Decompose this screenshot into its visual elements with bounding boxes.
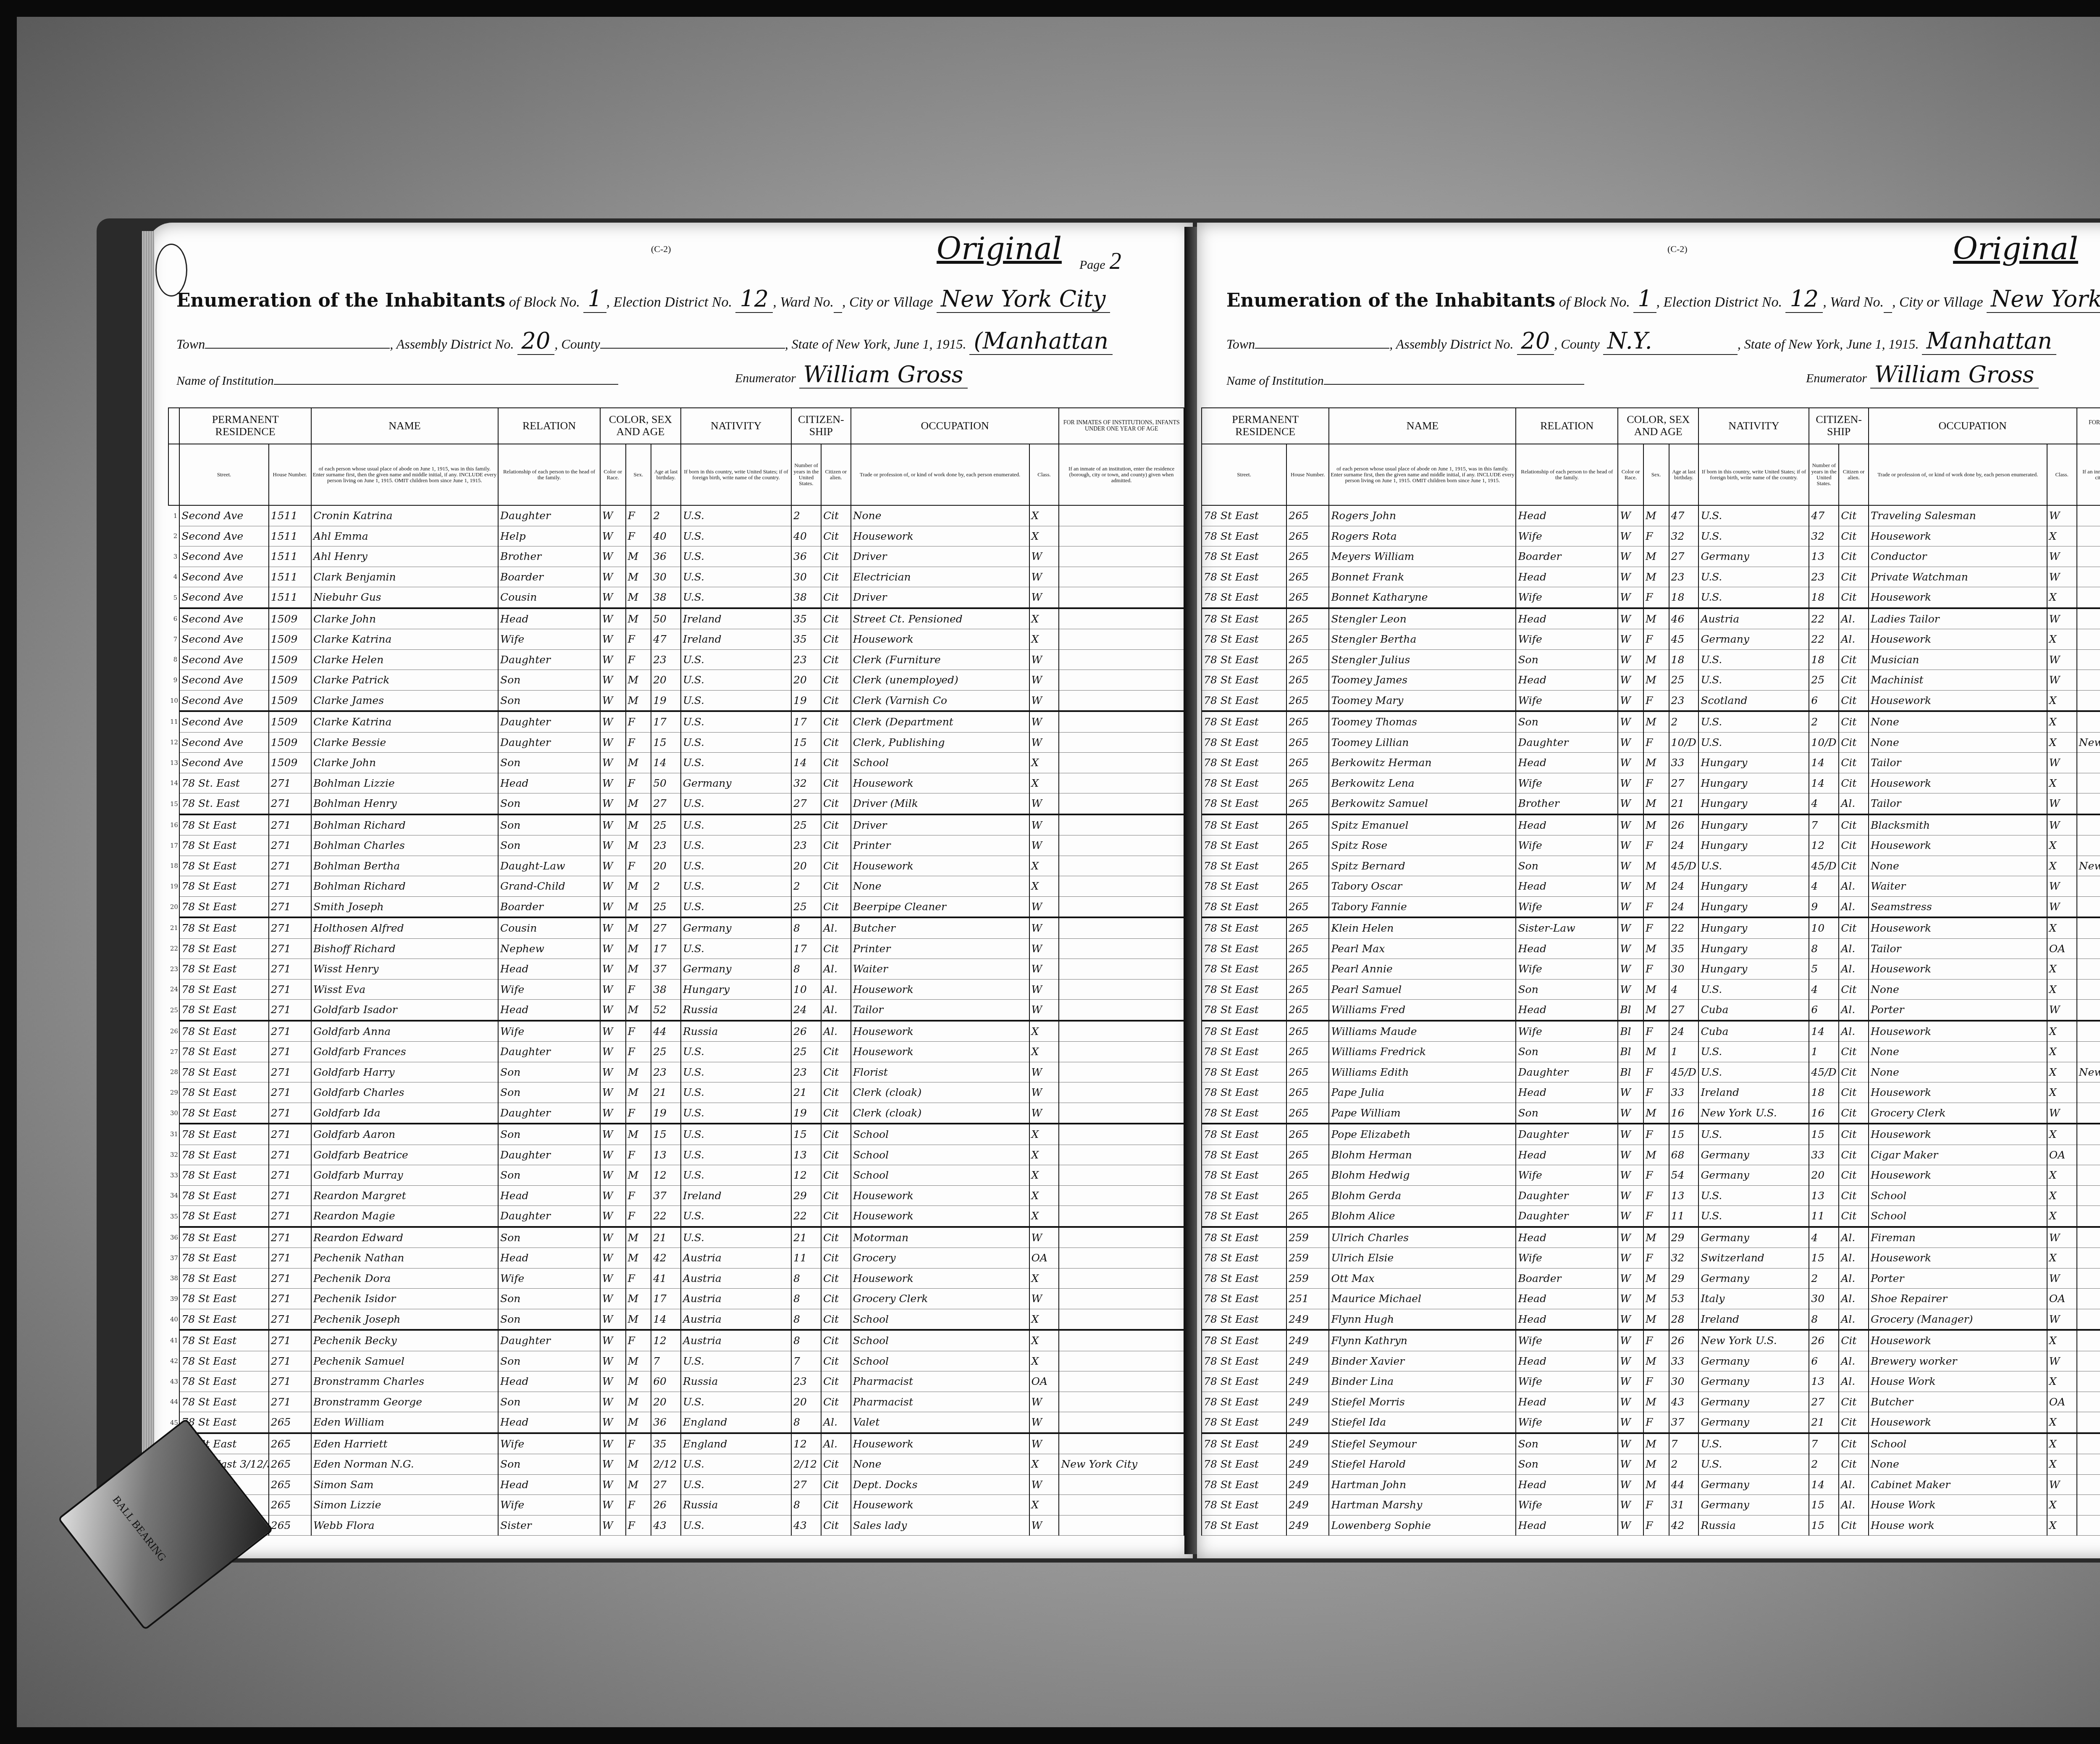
cell-occupation: Printer (851, 938, 1029, 959)
cell-name: Clark Benjamin (311, 567, 498, 587)
cell-name: Reardon Edward (311, 1227, 498, 1248)
cell-nativity: U.S. (681, 1206, 791, 1227)
line-number: 28 (168, 1062, 179, 1082)
cell-sex: F (1643, 1165, 1669, 1186)
cell-sex: M (626, 1165, 651, 1186)
line-number: 4 (168, 567, 179, 587)
cell-years: 32 (791, 773, 821, 793)
cell-cit: Cit (821, 773, 851, 793)
cell-inmate (2077, 1082, 2100, 1103)
cell-inmate (2077, 608, 2100, 629)
cell-age: 50 (651, 773, 681, 793)
cell-cit: Cit (821, 1392, 851, 1412)
cell-occupation: Driver (851, 546, 1029, 567)
cell-color: W (1618, 629, 1643, 650)
cell-occupation: Clerk (unemployed) (851, 670, 1029, 691)
cell-years: 36 (791, 546, 821, 567)
cell-years: 16 (1809, 1103, 1839, 1124)
cell-house: 265 (1286, 526, 1329, 546)
cell-name: Bohlman Charles (311, 835, 498, 856)
cell-occupation: None (851, 1454, 1029, 1475)
cell-sex: F (626, 1145, 651, 1165)
cell-inmate (1059, 1289, 1184, 1309)
cell-name: Reardon Magie (311, 1206, 498, 1227)
line-number: 34 (168, 1185, 179, 1206)
cell-class: W (2047, 670, 2077, 691)
cell-sex: M (626, 1062, 651, 1082)
cell-cit: Cit (1839, 1124, 1869, 1145)
census-row: 3978 St East271Pechenik IsidorSonWM17Aus… (168, 1289, 1184, 1309)
line-number: 9 (168, 670, 179, 691)
cell-sex: M (626, 1289, 651, 1309)
cell-relation: Daughter (498, 732, 600, 753)
cell-age: 2 (1669, 1454, 1699, 1475)
cell-age: 32 (1669, 1248, 1699, 1269)
cell-sex: F (626, 1495, 651, 1515)
cell-years: 11 (1809, 1206, 1839, 1227)
cell-class: X (2047, 1124, 2077, 1145)
cell-relation: Wife (1516, 1371, 1618, 1392)
cell-nativity: Hungary (1698, 959, 1809, 980)
cell-inmate (1059, 1165, 1184, 1186)
cell-years: 2 (791, 876, 821, 897)
cell-sex: M (1643, 567, 1669, 587)
cell-class: W (1029, 1433, 1059, 1454)
census-row: 2778 St East271Goldfarb FrancesDaughterW… (168, 1042, 1184, 1062)
cell-color: W (1618, 814, 1643, 835)
cell-color: W (600, 1185, 626, 1206)
cell-relation: Daughter (1516, 1124, 1618, 1145)
cell-sex: F (1643, 1515, 1669, 1536)
cell-inmate (2077, 1392, 2100, 1412)
cell-class: X (1029, 1268, 1059, 1289)
cell-class: W (2047, 1227, 2077, 1248)
cell-inmate (2077, 1474, 2100, 1495)
cell-color: W (1618, 711, 1643, 732)
line-number: 17 (168, 835, 179, 856)
cell-age: 15 (1669, 1124, 1699, 1145)
cell-cit: Al. (1839, 1021, 1869, 1042)
cell-relation: Head (1516, 567, 1618, 587)
cell-inmate (2077, 1103, 2100, 1124)
cell-nativity: Germany (1698, 1145, 1809, 1165)
cell-class: X (2047, 835, 2077, 856)
cell-sex: F (1643, 1248, 1669, 1269)
cell-class: W (2047, 1351, 2077, 1371)
cell-inmate (1059, 629, 1184, 650)
cell-class: W (1029, 835, 1059, 856)
cell-name: Wisst Eva (311, 979, 498, 1000)
cell-cit: Cit (1839, 670, 1869, 691)
cell-name: Ulrich Charles (1329, 1227, 1516, 1248)
census-row: 2178 St East271Holthosen AlfredCousinWM2… (168, 917, 1184, 938)
cell-name: Pechenik Joseph (311, 1309, 498, 1330)
census-page-right: (C-2) Original Page3 Enumeration of the … (1197, 223, 2100, 1558)
cell-cit: Cit (821, 1515, 851, 1536)
cell-class: W (2047, 876, 2077, 897)
census-row: 2678 St East271Goldfarb AnnaWifeWF44Russ… (168, 1021, 1184, 1042)
cell-color: Bl (1618, 1042, 1643, 1062)
cell-class: X (1029, 773, 1059, 793)
cell-class: W (1029, 1062, 1059, 1082)
cell-occupation: Printer (851, 835, 1029, 856)
cell-relation: Wife (1516, 1021, 1618, 1042)
cell-nativity: U.S. (681, 670, 791, 691)
cell-cit: Cit (1839, 773, 1869, 793)
cell-color: W (1618, 773, 1643, 793)
cell-relation: Wife (1516, 835, 1618, 856)
cell-house: 265 (1286, 1185, 1329, 1206)
cell-street: 78 St East (179, 1289, 268, 1309)
cell-occupation: Housework (1869, 1082, 2047, 1103)
census-row: 13Second Ave1509Clarke JohnSonWM14U.S.14… (168, 753, 1184, 773)
cell-nativity: Hungary (1698, 876, 1809, 897)
cell-class: W (2047, 753, 2077, 773)
cell-class: X (2047, 1021, 2077, 1042)
cell-house: 249 (1286, 1454, 1329, 1475)
line-number: 13 (168, 753, 179, 773)
cell-street: 78 St East (179, 1309, 268, 1330)
cell-cit: Cit (821, 690, 851, 711)
cell-age: 15 (651, 1124, 681, 1145)
cell-house: 265 (1286, 835, 1329, 856)
cell-age: 4 (1669, 979, 1699, 1000)
cell-nativity: U.S. (681, 1165, 791, 1186)
cell-color: W (1618, 979, 1643, 1000)
cell-years: 15 (1809, 1495, 1839, 1515)
cell-occupation: Waiter (851, 959, 1029, 980)
cell-class: X (2047, 690, 2077, 711)
cell-cit: Cit (1839, 835, 1869, 856)
cell-years: 19 (791, 1103, 821, 1124)
census-row: 3678 St East271Reardon EdwardSonWM21U.S.… (168, 1227, 1184, 1248)
cell-class: W (2047, 608, 2077, 629)
cell-color: W (600, 1042, 626, 1062)
cell-years: 8 (791, 1309, 821, 1330)
census-row: 78 St East265Toomey MaryWifeWF23Scotland… (1202, 690, 2100, 711)
cell-years: 4 (1809, 979, 1839, 1000)
census-rows-left: 1Second Ave1511Cronin KatrinaDaughterWF2… (168, 505, 1184, 1536)
cell-street: 78 St East (1202, 938, 1286, 959)
cell-cit: Cit (821, 753, 851, 773)
cell-class: OA (1029, 1248, 1059, 1269)
cell-years: 15 (1809, 1124, 1839, 1145)
census-row: 78 St East265Stengler LeonHeadWM46Austri… (1202, 608, 2100, 629)
line-number: 36 (168, 1227, 179, 1248)
cell-sex: F (626, 1433, 651, 1454)
cell-occupation: Housework (1869, 773, 2047, 793)
cell-name: Goldfarb Frances (311, 1042, 498, 1062)
cell-sex: F (1643, 1330, 1669, 1351)
cell-street: 78 St East (1202, 835, 1286, 856)
cell-color: W (600, 608, 626, 629)
cell-house: 265 (1286, 732, 1329, 753)
cell-street: 78 St East (1202, 773, 1286, 793)
ward-no (834, 286, 842, 313)
cell-name: Bishoff Richard (311, 938, 498, 959)
cell-color: W (1618, 1185, 1643, 1206)
cell-nativity: Germany (1698, 1371, 1809, 1392)
cell-age: 24 (1669, 876, 1699, 897)
cell-class: X (1029, 1351, 1059, 1371)
cell-inmate (2077, 1495, 2100, 1515)
cell-nativity: Austria (681, 1309, 791, 1330)
cell-sex: M (626, 1248, 651, 1269)
census-row: 3578 St East271Reardon MagieDaughterWF22… (168, 1206, 1184, 1227)
line-number: 30 (168, 1103, 179, 1124)
census-row: 2378 St East271Wisst HenryHeadWM37German… (168, 959, 1184, 980)
cell-color: W (600, 1515, 626, 1536)
cell-class: OA (1029, 1371, 1059, 1392)
cell-nativity: U.S. (1698, 1042, 1809, 1062)
census-row: 78 St East249Hartman JohnHeadWM44Germany… (1202, 1474, 2100, 1495)
cell-cit: Cit (821, 856, 851, 876)
cell-age: 37 (1669, 1412, 1699, 1433)
cell-street: Second Ave (179, 670, 268, 691)
cell-age: 17 (651, 938, 681, 959)
form-code: (C-2) (1667, 244, 1688, 255)
cell-relation: Son (498, 1082, 600, 1103)
cell-relation: Wife (1516, 773, 1618, 793)
cell-years: 15 (1809, 1515, 1839, 1536)
cell-color: W (600, 959, 626, 980)
cell-cit: Cit (1839, 1206, 1869, 1227)
cell-house: 271 (269, 793, 311, 814)
cell-nativity: U.S. (1698, 1454, 1809, 1475)
cell-class: X (2047, 1454, 2077, 1475)
cell-cit: Al. (821, 1412, 851, 1433)
cell-cit: Cit (821, 876, 851, 897)
census-row: 1Second Ave1511Cronin KatrinaDaughterWF2… (168, 505, 1184, 526)
cell-relation: Wife (1516, 959, 1618, 980)
cell-sex: M (1643, 1227, 1669, 1248)
cell-nativity: Scotland (1698, 690, 1809, 711)
cell-cit: Cit (821, 1124, 851, 1145)
cell-inmate (2077, 711, 2100, 732)
cell-age: 14 (651, 1309, 681, 1330)
cell-name: Hartman Marshy (1329, 1495, 1516, 1515)
cell-occupation: Clerk (Furniture (851, 649, 1029, 670)
cell-age: 33 (1669, 1351, 1699, 1371)
cell-relation: Boarder (498, 896, 600, 917)
col-nativity: NATIVITY (681, 408, 791, 444)
cell-inmate (2077, 793, 2100, 814)
cell-age: 27 (1669, 773, 1699, 793)
cell-sex: M (1643, 938, 1669, 959)
cell-street: 78 St East (1202, 753, 1286, 773)
cell-class: X (2047, 629, 2077, 650)
cell-occupation: Butcher (851, 917, 1029, 938)
cell-inmate (1059, 649, 1184, 670)
cell-sex: M (626, 959, 651, 980)
city: New York City (1987, 286, 2100, 313)
cell-relation: Wife (1516, 1412, 1618, 1433)
cell-name: Clarke Katrina (311, 629, 498, 650)
cell-cit: Cit (821, 1185, 851, 1206)
cell-street: 78 St East (1202, 1124, 1286, 1145)
cell-house: 249 (1286, 1330, 1329, 1351)
col-relation: RELATION (1516, 408, 1618, 444)
census-row: 2878 St East271Goldfarb HarrySonWM23U.S.… (168, 1062, 1184, 1082)
cell-street: 78 St East (1202, 690, 1286, 711)
census-row: 4778 St East 3/12/58265Eden Norman N.G.S… (168, 1454, 1184, 1475)
cell-class: X (2047, 1412, 2077, 1433)
cell-occupation: Butcher (1869, 1392, 2047, 1412)
cell-age: 21 (651, 1082, 681, 1103)
cell-house: 259 (1286, 1268, 1329, 1289)
cell-color: W (1618, 896, 1643, 917)
cell-house: 271 (269, 1289, 311, 1309)
cell-class: W (2047, 1268, 2077, 1289)
cell-occupation: Tailor (851, 1000, 1029, 1021)
cell-color: W (600, 505, 626, 526)
cell-sex: M (626, 587, 651, 608)
cell-age: 35 (1669, 938, 1699, 959)
census-row: 78 St East249Stiefel IdaWifeWF37Germany2… (1202, 1412, 2100, 1433)
cell-name: Williams Fredrick (1329, 1042, 1516, 1062)
cell-inmate (2077, 505, 2100, 526)
cell-inmate: New York City (2077, 732, 2100, 753)
cell-street: 78 St East (1202, 1392, 1286, 1412)
census-row: 3378 St East271Goldfarb MurraySonWM12U.S… (168, 1165, 1184, 1186)
cell-color: Bl (1618, 1000, 1643, 1021)
assembly-line: Town, Assembly District No. 20, County N… (1226, 328, 2056, 355)
cell-inmate (1059, 670, 1184, 691)
cell-color: W (600, 1268, 626, 1289)
cell-street: 78 St East (1202, 1103, 1286, 1124)
cell-relation: Daughter (498, 649, 600, 670)
census-row: 4278 St East271Pechenik SamuelSonWM7U.S.… (168, 1351, 1184, 1371)
cell-name: Spitz Emanuel (1329, 814, 1516, 835)
cell-age: 25 (1669, 670, 1699, 691)
cell-street: 78 St East (1202, 1371, 1286, 1392)
cell-house: 271 (269, 1185, 311, 1206)
cell-cit: Cit (821, 835, 851, 856)
cell-name: Pearl Max (1329, 938, 1516, 959)
census-row: 78 St East265Pearl SamuelSonWM4U.S.4CitN… (1202, 979, 2100, 1000)
cell-cit: Cit (1839, 1145, 1869, 1165)
cell-sex: M (626, 917, 651, 938)
cell-relation: Head (498, 1185, 600, 1206)
line-number: 25 (168, 1000, 179, 1021)
cell-name: Bronstramm Charles (311, 1371, 498, 1392)
cell-color: W (1618, 546, 1643, 567)
census-row: 78 St East249Binder LinaWifeWF30Germany1… (1202, 1371, 2100, 1392)
cell-class: X (2047, 1433, 2077, 1454)
cell-occupation: Musician (1869, 649, 2047, 670)
cell-street: 78 St East (179, 1185, 268, 1206)
cell-occupation: None (1869, 1454, 2047, 1475)
cell-color: W (1618, 732, 1643, 753)
cell-years: 2 (1809, 711, 1839, 732)
cell-age: 42 (651, 1248, 681, 1269)
cell-inmate (1059, 979, 1184, 1000)
cell-name: Bonnet Frank (1329, 567, 1516, 587)
cell-street: 78 St East (179, 1103, 268, 1124)
cell-relation: Sister-Law (1516, 917, 1618, 938)
cell-street: 78 St East (1202, 1227, 1286, 1248)
cell-cit: Cit (821, 1206, 851, 1227)
cell-age: 25 (651, 814, 681, 835)
cell-cit: Cit (1839, 1433, 1869, 1454)
cell-street: 78 St East (179, 938, 268, 959)
cell-house: 265 (1286, 753, 1329, 773)
cell-cit: Cit (821, 505, 851, 526)
cell-house: 265 (1286, 876, 1329, 897)
cell-age: 41 (651, 1268, 681, 1289)
cell-class: X (2047, 773, 2077, 793)
cell-house: 265 (1286, 567, 1329, 587)
cell-street: Second Ave (179, 732, 268, 753)
cell-occupation: Ladies Tailor (1869, 608, 2047, 629)
cell-inmate (2077, 690, 2100, 711)
cell-house: 271 (269, 1082, 311, 1103)
census-row: 78 St East249Stiefel SeymourSonWM7U.S.7C… (1202, 1433, 2100, 1454)
cell-name: Ott Max (1329, 1268, 1516, 1289)
cell-house: 265 (1286, 1206, 1329, 1227)
cell-occupation: Housework (851, 1185, 1029, 1206)
cell-name: Pearl Samuel (1329, 979, 1516, 1000)
cell-sex: M (626, 896, 651, 917)
cell-occupation: Tailor (1869, 793, 2047, 814)
cell-name: Stengler Leon (1329, 608, 1516, 629)
cell-color: W (600, 856, 626, 876)
census-row: 78 St East265Williams MaudeWifeBlF24Cuba… (1202, 1021, 2100, 1042)
cell-nativity: U.S. (1698, 1062, 1809, 1082)
cell-street: 78 St East (1202, 1145, 1286, 1165)
line-number: 8 (168, 649, 179, 670)
cell-occupation: Valet (851, 1412, 1029, 1433)
cell-occupation: Cabinet Maker (1869, 1474, 2047, 1495)
cell-nativity: Germany (1698, 1351, 1809, 1371)
cell-name: Hartman John (1329, 1474, 1516, 1495)
cell-sex: M (626, 670, 651, 691)
cell-cit: Cit (821, 711, 851, 732)
cell-name: Goldfarb Anna (311, 1021, 498, 1042)
cell-house: 1511 (269, 546, 311, 567)
line-number: 26 (168, 1021, 179, 1042)
cell-inmate: New York City (2077, 856, 2100, 876)
cell-relation: Brother (1516, 793, 1618, 814)
census-row: 78 St East265Williams FredrickSonBlM1U.S… (1202, 1042, 2100, 1062)
cell-color: W (1618, 1082, 1643, 1103)
cell-street: 78 St. East (179, 793, 268, 814)
cell-name: Bohlman Henry (311, 793, 498, 814)
cell-inmate (1059, 876, 1184, 897)
cell-years: 12 (791, 1433, 821, 1454)
cell-relation: Wife (1516, 1165, 1618, 1186)
census-row: 78 St East249Stiefel HaroldSonWM2U.S.2Ci… (1202, 1454, 2100, 1475)
cell-sex: F (626, 1185, 651, 1206)
cell-class: X (2047, 979, 2077, 1000)
cell-nativity: U.S. (681, 567, 791, 587)
cell-age: 12 (651, 1165, 681, 1186)
cell-house: 265 (269, 1474, 311, 1495)
cell-years: 26 (1809, 1330, 1839, 1351)
cell-nativity: Russia (681, 1371, 791, 1392)
cell-house: 249 (1286, 1412, 1329, 1433)
cell-nativity: U.S. (681, 814, 791, 835)
cell-color: W (1618, 505, 1643, 526)
cell-sex: M (1643, 546, 1669, 567)
cell-inmate (2077, 546, 2100, 567)
cell-inmate (1059, 587, 1184, 608)
cell-occupation: School (851, 1165, 1029, 1186)
cell-relation: Head (1516, 1309, 1618, 1330)
cell-inmate (2077, 1268, 2100, 1289)
cell-class: X (1029, 1206, 1059, 1227)
census-row: 1878 St East271Bohlman BerthaDaught-LawW… (168, 856, 1184, 876)
